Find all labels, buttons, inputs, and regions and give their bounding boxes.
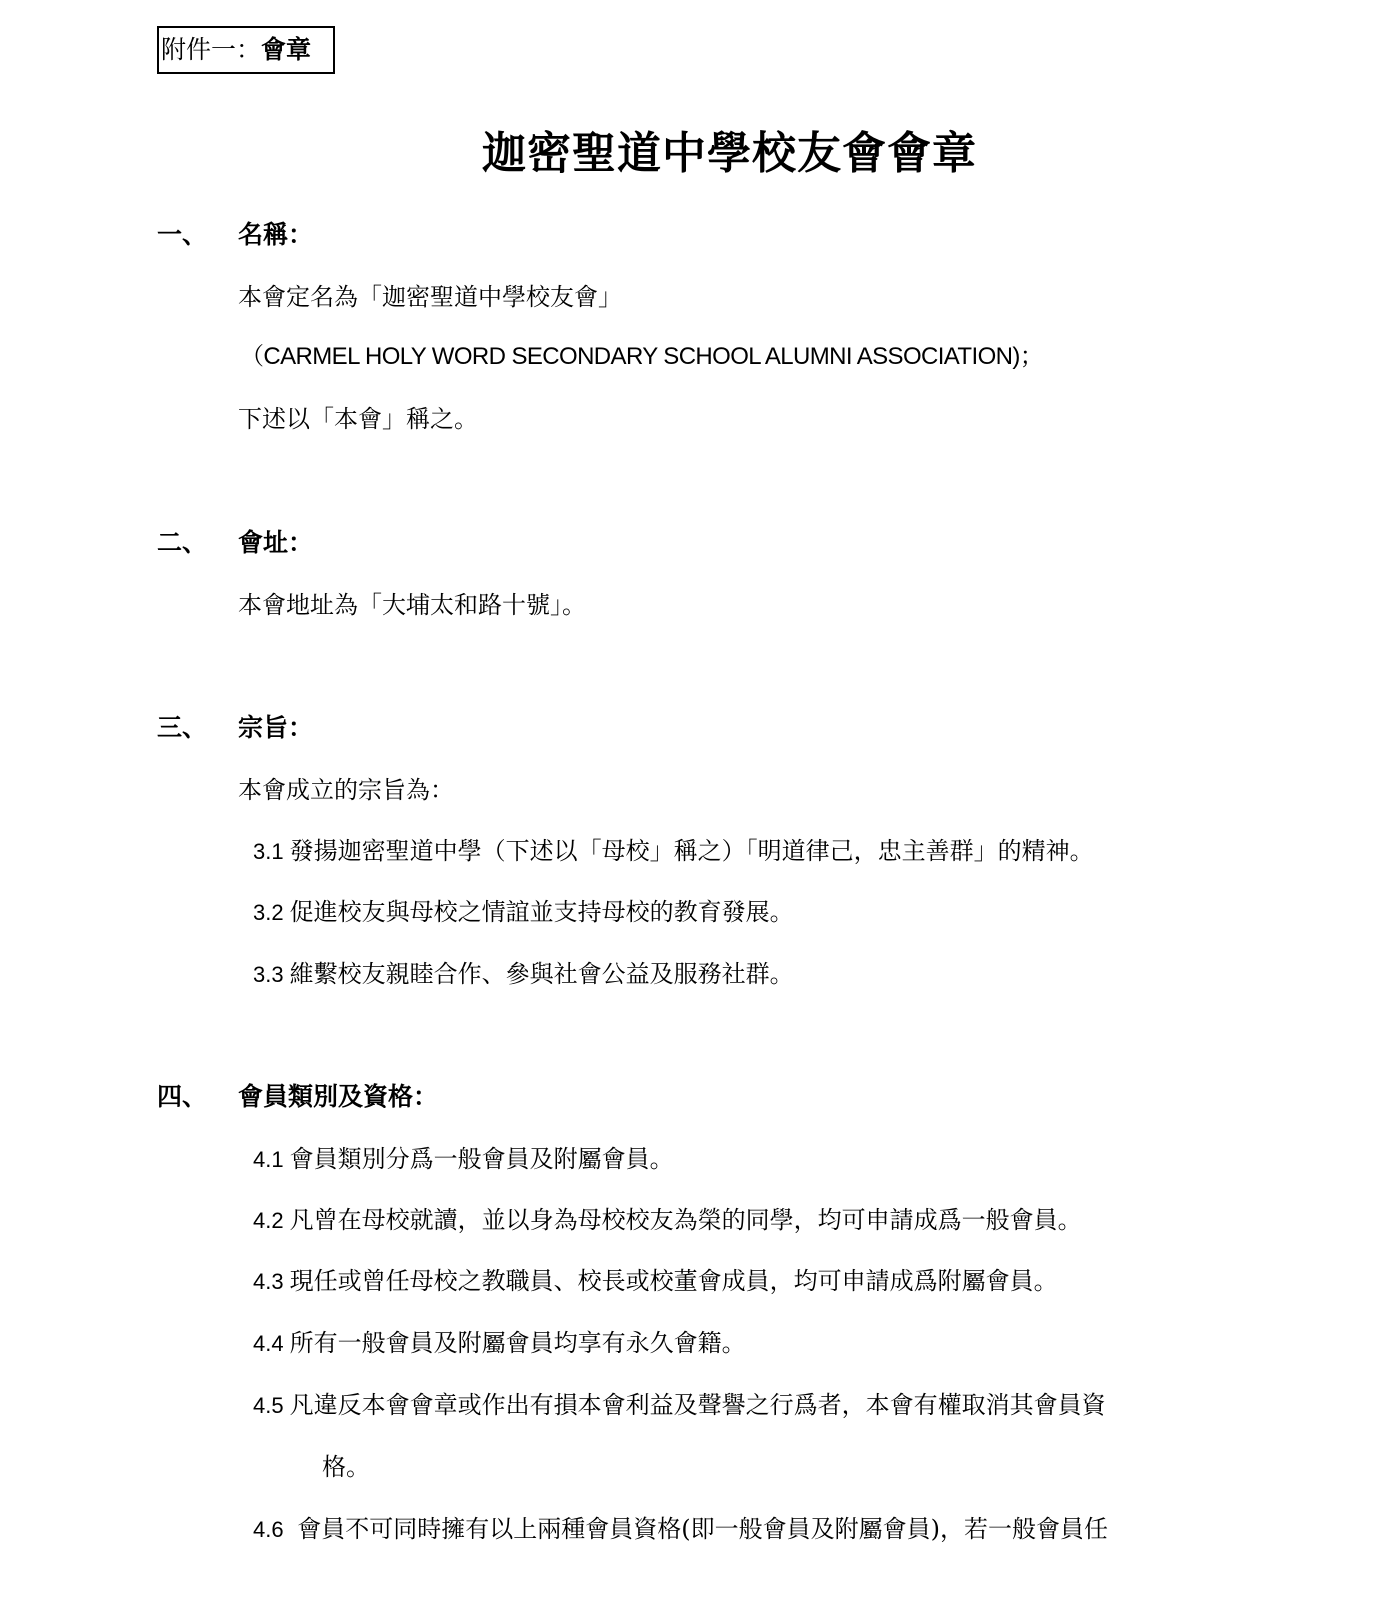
- item-number: 3.3: [253, 962, 284, 987]
- list-item: 4.1會員類別分爲一般會員及附屬會員。: [253, 1142, 674, 1177]
- section-1-paragraph: 下述以「本會」稱之。: [238, 402, 478, 436]
- annex-prefix: 附件一：: [161, 35, 261, 64]
- list-item: 4.2凡曾在母校就讀，並以身為母校校友為榮的同學，均可申請成爲一般會員。: [253, 1203, 1082, 1238]
- list-item: 3.2促進校友與母校之情誼並支持母校的教育發展。: [253, 895, 794, 930]
- item-number: 3.1: [253, 839, 284, 864]
- section-1-english-name: （CARMEL HOLY WORD SECONDARY SCHOOL ALUMN…: [240, 340, 1043, 374]
- list-item-continuation: 格。: [322, 1450, 370, 1484]
- item-number: 4.2: [253, 1208, 284, 1233]
- item-text: 現任或曾任母校之教職員、校長或校董會成員，均可申請成爲附屬會員。: [290, 1267, 1058, 1295]
- list-item: 4.4所有一般會員及附屬會員均享有永久會籍。: [253, 1326, 746, 1361]
- item-number: 4.3: [253, 1269, 284, 1294]
- item-text: 凡違反本會會章或作出有損本會利益及聲譽之行爲者，本會有權取消其會員資: [290, 1391, 1106, 1419]
- item-text: 發揚迦密聖道中學（下述以「母校」稱之）「明道律己，忠主善群」的精神。: [290, 837, 1094, 865]
- item-number: 3.2: [253, 900, 284, 925]
- annex-label-box: 附件一：會章: [157, 26, 335, 74]
- section-3-number: 三、: [157, 711, 207, 745]
- item-number: 4.1: [253, 1147, 284, 1172]
- item-number: 4.5: [253, 1393, 284, 1418]
- list-item: 4.5凡違反本會會章或作出有損本會利益及聲譽之行爲者，本會有權取消其會員資: [253, 1388, 1106, 1423]
- item-text: 維繫校友親睦合作、參與社會公益及服務社群。: [290, 960, 794, 988]
- section-4-title: 會員類別及資格：: [238, 1080, 438, 1114]
- section-2-title: 會址：: [238, 526, 313, 560]
- section-3-title: 宗旨：: [238, 711, 313, 745]
- list-item: 4.6 會員不可同時擁有以上兩種會員資格(即一般會員及附屬會員)，若一般會員任: [253, 1512, 1108, 1547]
- list-item: 3.1發揚迦密聖道中學（下述以「母校」稱之）「明道律己，忠主善群」的精神。: [253, 834, 1094, 869]
- section-2-number: 二、: [157, 526, 207, 560]
- item-number: 4.6: [253, 1517, 284, 1542]
- section-4-number: 四、: [157, 1080, 207, 1114]
- annex-label: 會章: [261, 35, 311, 64]
- list-item: 4.3現任或曾任母校之教職員、校長或校董會成員，均可申請成爲附屬會員。: [253, 1264, 1058, 1299]
- list-item: 3.3維繫校友親睦合作、參與社會公益及服務社群。: [253, 957, 794, 992]
- item-number: 4.4: [253, 1331, 284, 1356]
- section-1-paragraph: 本會定名為「迦密聖道中學校友會」: [238, 280, 622, 314]
- item-text: 凡曾在母校就讀，並以身為母校校友為榮的同學，均可申請成爲一般會員。: [290, 1206, 1082, 1234]
- section-3-paragraph: 本會成立的宗旨為：: [238, 773, 454, 807]
- document-title: 迦密聖道中學校友會會章: [482, 122, 977, 186]
- section-2-paragraph: 本會地址為「大埔太和路十號」。: [238, 588, 586, 622]
- section-1-number: 一、: [157, 218, 207, 252]
- section-1-title: 名稱：: [238, 218, 313, 252]
- item-text: 會員類別分爲一般會員及附屬會員。: [290, 1145, 674, 1173]
- item-text: 會員不可同時擁有以上兩種會員資格(即一般會員及附屬會員)，若一般會員任: [290, 1515, 1108, 1543]
- item-text: 所有一般會員及附屬會員均享有永久會籍。: [290, 1329, 746, 1357]
- item-text: 促進校友與母校之情誼並支持母校的教育發展。: [290, 898, 794, 926]
